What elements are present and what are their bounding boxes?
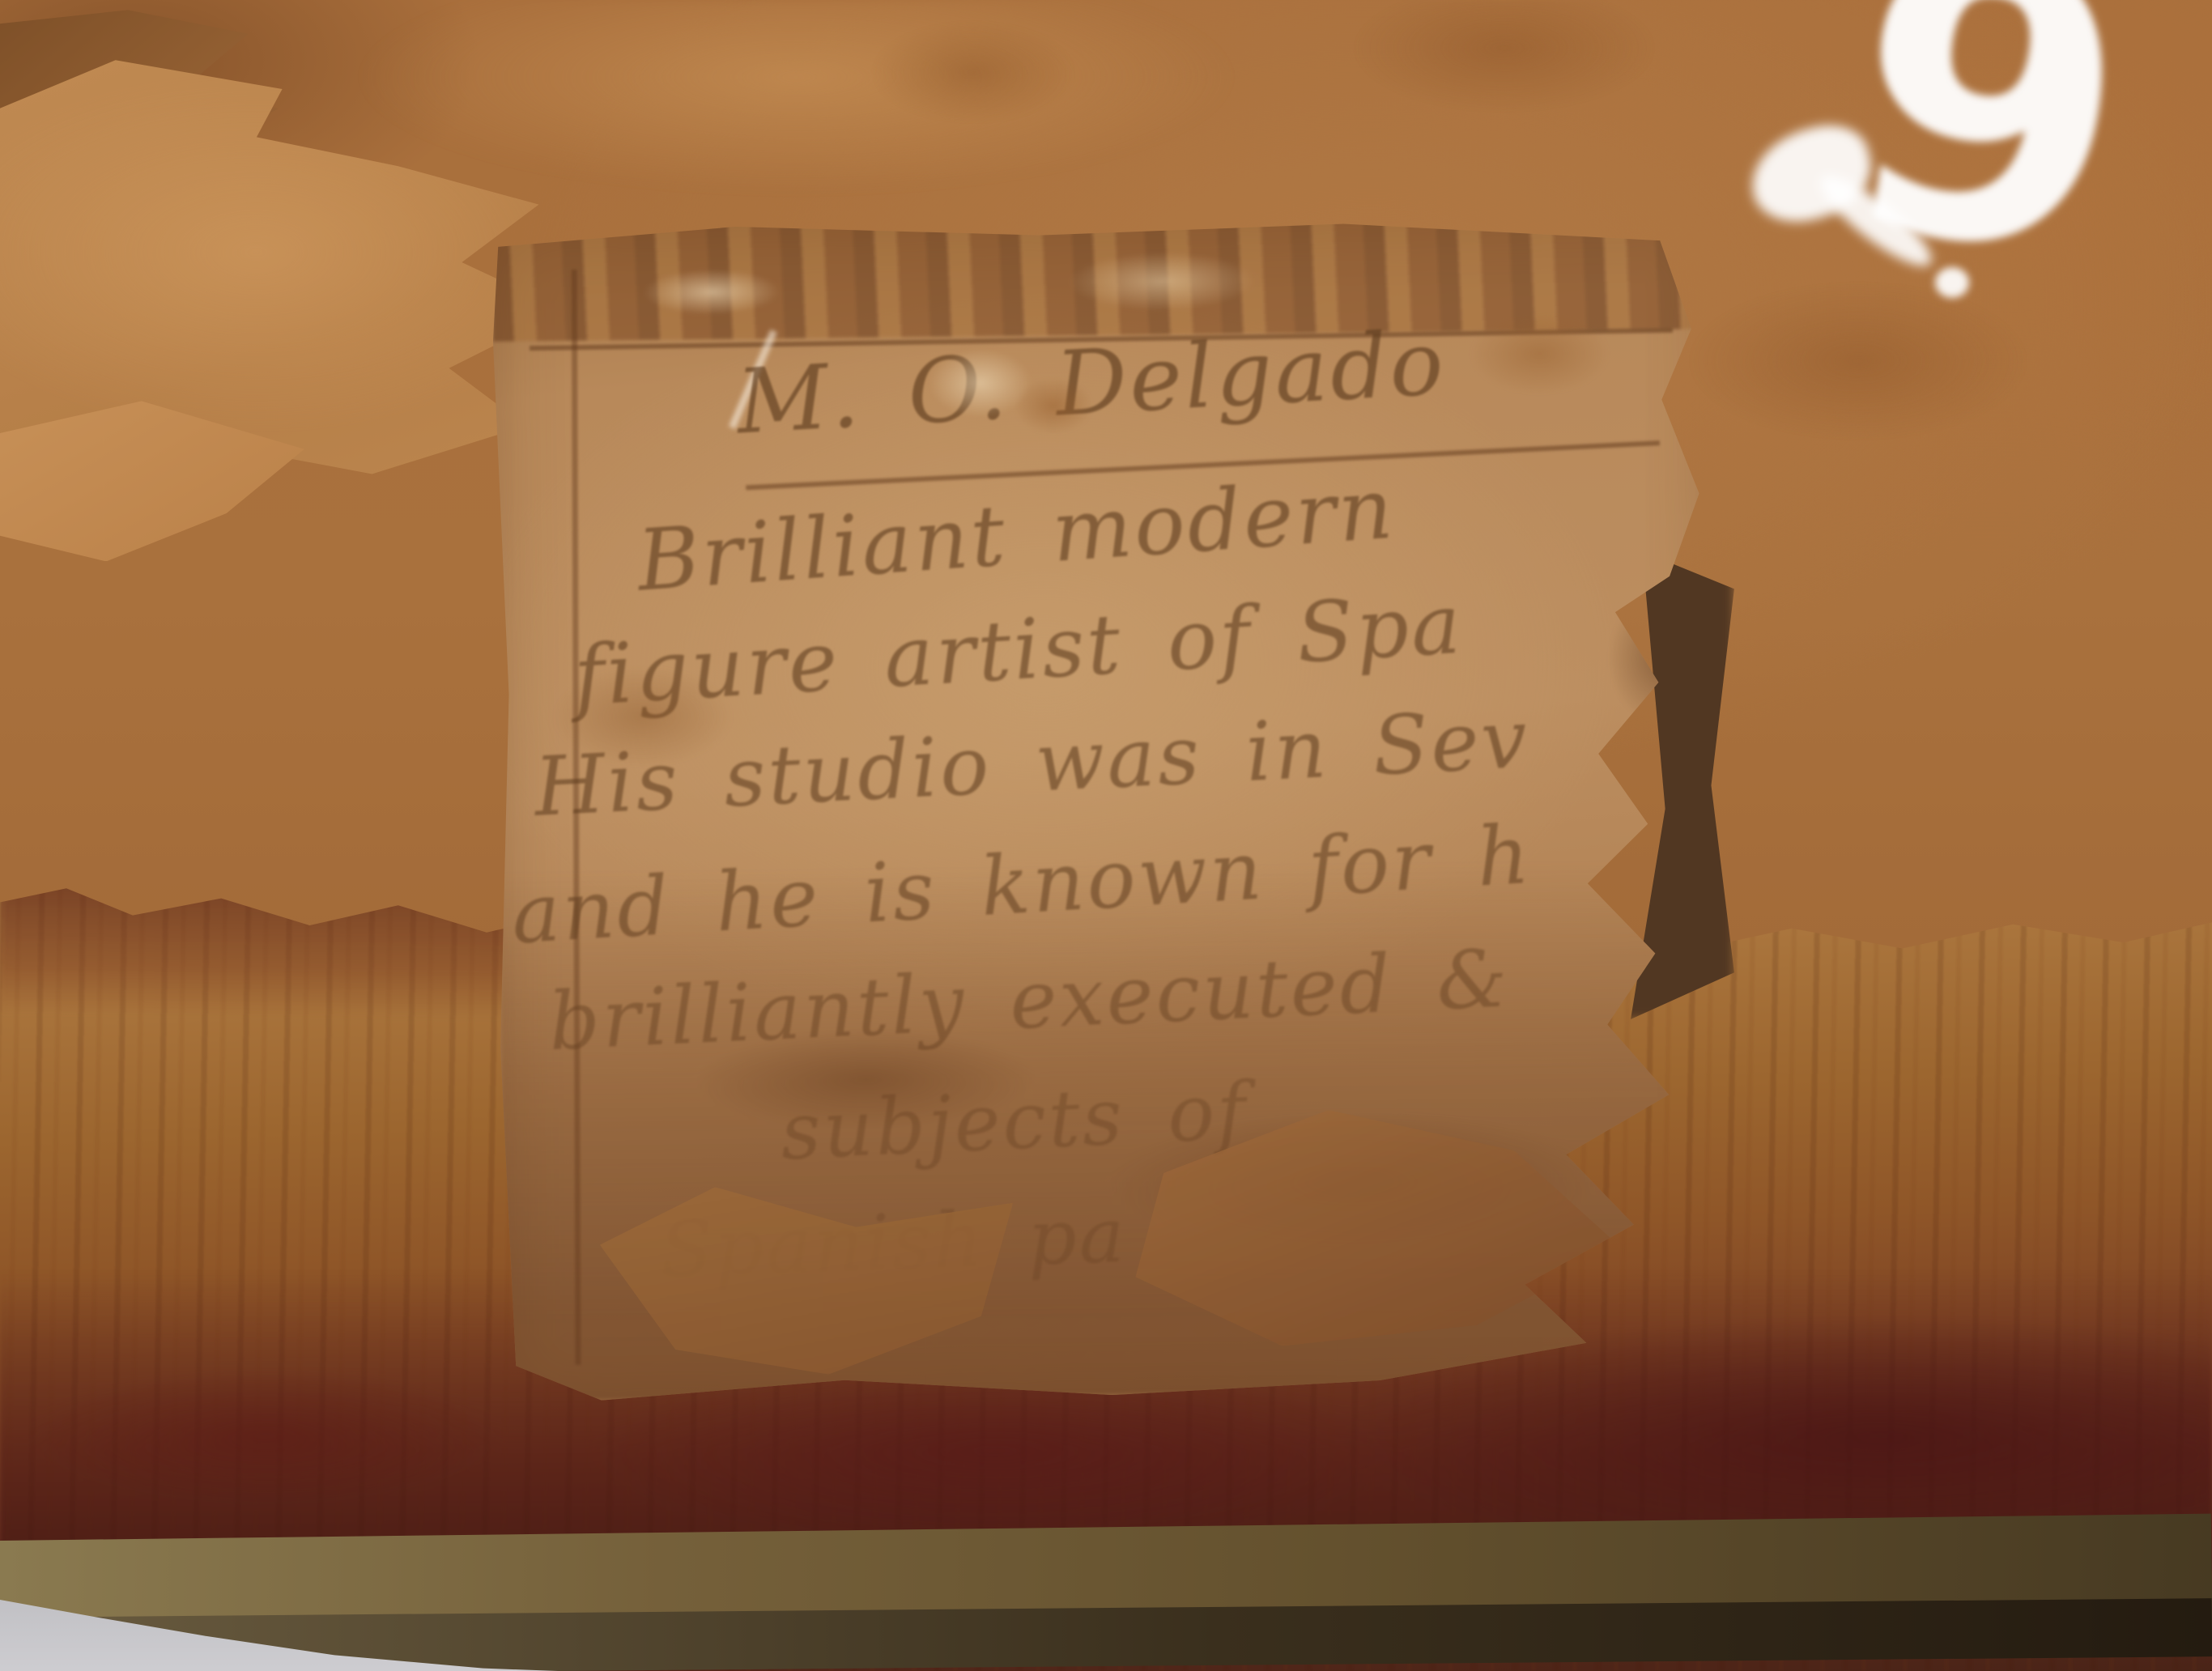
- label-stains: [491, 210, 1721, 1401]
- photo-back-of-painting: M. O. Delgado Brilliant modern figure ar…: [0, 0, 2212, 1671]
- gallery-label: M. O. Delgado Brilliant modern figure ar…: [491, 210, 1721, 1401]
- chalk-dot: [1935, 267, 1969, 298]
